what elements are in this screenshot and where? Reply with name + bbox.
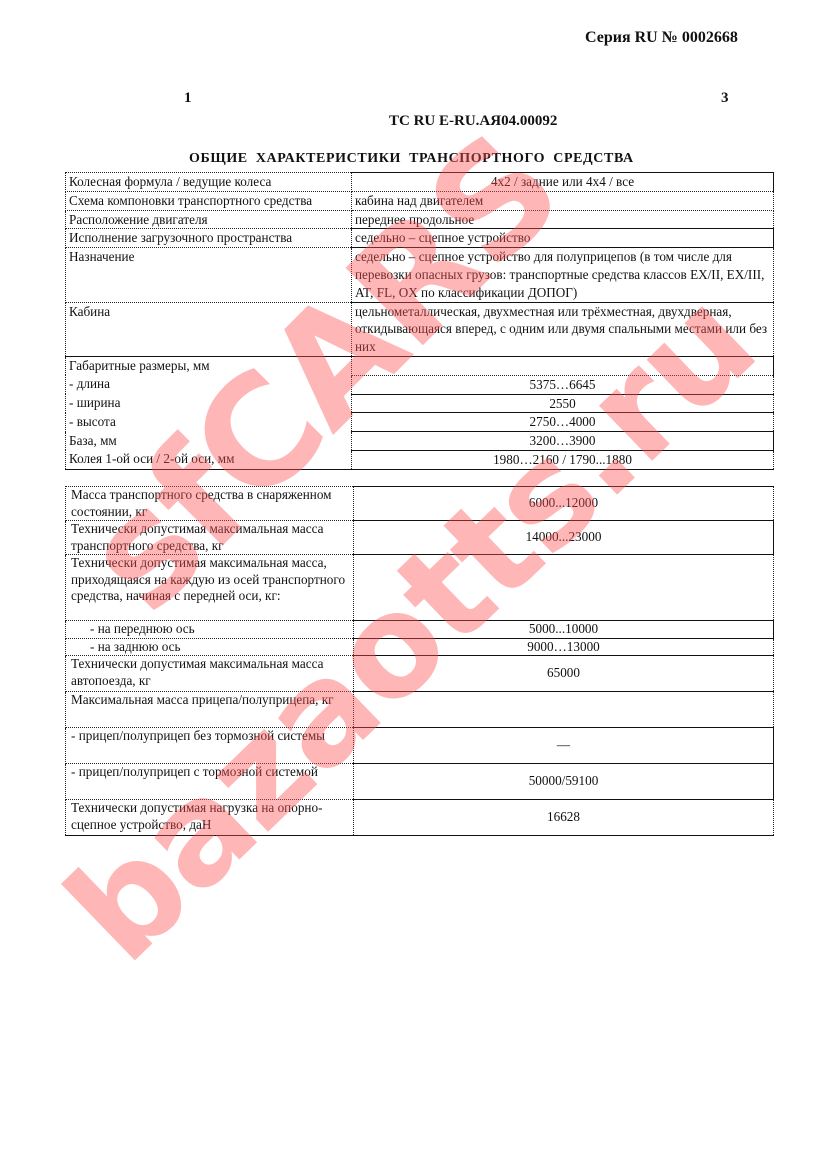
row-value: 5000...10000 bbox=[354, 621, 774, 639]
row-label: Технически допустимая нагрузка на опорно… bbox=[66, 800, 354, 836]
row-value: 2550 bbox=[352, 394, 774, 413]
table-row: - длина 5375…6645 bbox=[66, 375, 774, 394]
table-row: Габаритные размеры, мм bbox=[66, 356, 774, 375]
row-value: — bbox=[354, 728, 774, 764]
mass-characteristics-table: Масса транспортного средства в снаряженн… bbox=[65, 486, 774, 836]
row-label: Колея 1-ой оси / 2-ой оси, мм bbox=[66, 450, 352, 469]
row-value bbox=[354, 555, 774, 621]
row-value: цельнометаллическая, двухместная или трё… bbox=[352, 302, 774, 356]
table-row: Масса транспортного средства в снаряженн… bbox=[66, 487, 774, 521]
row-label: Масса транспортного средства в снаряженн… bbox=[66, 487, 354, 521]
row-value: 3200…3900 bbox=[352, 432, 774, 451]
table-row: База, мм 3200…3900 bbox=[66, 432, 774, 451]
table-row: Технически допустимая максимальная масса… bbox=[66, 656, 774, 692]
table-row: - прицеп/полуприцеп с тормозной системой… bbox=[66, 764, 774, 800]
row-label: Схема компоновки транспортного средства bbox=[66, 191, 352, 210]
table-row: Колесная формула / ведущие колеса 4х2 / … bbox=[66, 173, 774, 192]
row-value bbox=[354, 692, 774, 728]
row-label: - ширина bbox=[66, 394, 352, 413]
row-label: Назначение bbox=[66, 248, 352, 302]
table-row: Колея 1-ой оси / 2-ой оси, мм 1980…2160 … bbox=[66, 450, 774, 469]
row-label: - прицеп/полуприцеп с тормозной системой bbox=[66, 764, 354, 800]
row-label: Технически допустимая максимальная масса… bbox=[66, 656, 354, 692]
page-title: ОБЩИЕ ХАРАКТЕРИСТИКИ ТРАНСПОРТНОГО СРЕДС… bbox=[189, 151, 634, 167]
row-label: Габаритные размеры, мм bbox=[66, 356, 352, 375]
table-row: Технически допустимая максимальная масса… bbox=[66, 521, 774, 555]
row-label: Исполнение загрузочного пространства bbox=[66, 229, 352, 248]
table-row: Исполнение загрузочного пространства сед… bbox=[66, 229, 774, 248]
row-label: - на переднюю ось bbox=[66, 621, 354, 639]
row-value bbox=[352, 356, 774, 375]
table-row: Кабина цельнометаллическая, двухместная … bbox=[66, 302, 774, 356]
row-value: кабина над двигателем bbox=[352, 191, 774, 210]
certificate-number: ТС RU E-RU.АЯ04.00092 bbox=[389, 113, 557, 130]
series-number: Серия RU № 0002668 bbox=[585, 29, 738, 47]
row-label: - на заднюю ось bbox=[66, 638, 354, 656]
table-row: - на заднюю ось 9000…13000 bbox=[66, 638, 774, 656]
table-row: Технически допустимая максимальная масса… bbox=[66, 555, 774, 621]
table-row: - прицеп/полуприцеп без тормозной систем… bbox=[66, 728, 774, 764]
row-value: 65000 bbox=[354, 656, 774, 692]
row-label: Технически допустимая максимальная масса… bbox=[66, 555, 354, 621]
table-row: - ширина 2550 bbox=[66, 394, 774, 413]
general-characteristics-table: Колесная формула / ведущие колеса 4х2 / … bbox=[65, 172, 774, 470]
table-row: Назначение седельно – сцепное устройство… bbox=[66, 248, 774, 302]
row-value: 4х2 / задние или 4х4 / все bbox=[352, 173, 774, 192]
row-label: Максимальная масса прицепа/полуприцепа, … bbox=[66, 692, 354, 728]
table-row: - на переднюю ось 5000...10000 bbox=[66, 621, 774, 639]
row-value: 6000...12000 bbox=[354, 487, 774, 521]
table-row: Максимальная масса прицепа/полуприцепа, … bbox=[66, 692, 774, 728]
row-label: База, мм bbox=[66, 432, 352, 451]
row-value: 1980…2160 / 1790...1880 bbox=[352, 450, 774, 469]
row-label: Кабина bbox=[66, 302, 352, 356]
table-row: Расположение двигателя переднее продольн… bbox=[66, 210, 774, 229]
row-label: - длина bbox=[66, 375, 352, 394]
row-value: переднее продольное bbox=[352, 210, 774, 229]
row-value: 50000/59100 bbox=[354, 764, 774, 800]
row-label: - высота bbox=[66, 413, 352, 432]
row-value: седельно – сцепное устройство для полупр… bbox=[352, 248, 774, 302]
row-label: Технически допустимая максимальная масса… bbox=[66, 521, 354, 555]
column-number-left: 1 bbox=[184, 90, 192, 107]
row-value: 9000…13000 bbox=[354, 638, 774, 656]
row-value: 14000...23000 bbox=[354, 521, 774, 555]
row-label: Расположение двигателя bbox=[66, 210, 352, 229]
column-number-right: 3 bbox=[721, 90, 729, 107]
row-label: Колесная формула / ведущие колеса bbox=[66, 173, 352, 192]
row-value: 5375…6645 bbox=[352, 375, 774, 394]
row-label: - прицеп/полуприцеп без тормозной систем… bbox=[66, 728, 354, 764]
row-value: 2750…4000 bbox=[352, 413, 774, 432]
row-value: седельно – сцепное устройство bbox=[352, 229, 774, 248]
table-row: Схема компоновки транспортного средства … bbox=[66, 191, 774, 210]
table-row: - высота 2750…4000 bbox=[66, 413, 774, 432]
row-value: 16628 bbox=[354, 800, 774, 836]
table-row: Технически допустимая нагрузка на опорно… bbox=[66, 800, 774, 836]
